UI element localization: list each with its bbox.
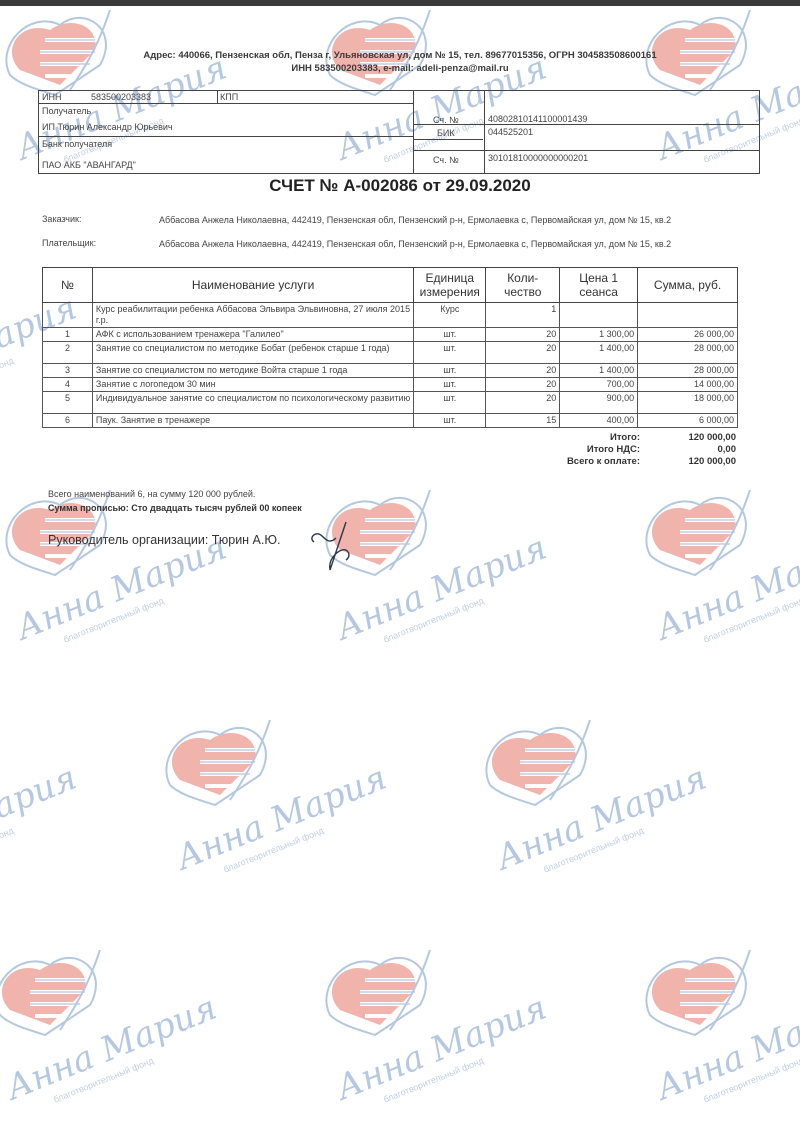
quantity: 20 [486,328,560,342]
table-row: 4Занятие с логопедом 30 миншт.20700,0014… [43,378,738,392]
quantity: 15 [486,414,560,428]
row-number: 5 [43,392,93,414]
customer: Заказчик: Аббасова Анжела Николаевна, 44… [42,214,762,240]
payer-value: Аббасова Анжела Николаевна, 442419, Пенз… [159,238,719,250]
service-name: Паук. Занятие в тренажере [92,414,413,428]
price: 1 400,00 [560,342,638,364]
service-name: Занятие с логопедом 30 мин [92,378,413,392]
seller-contacts: ИНН 583500203383, e-mail: adeli-penza@ma… [0,63,800,74]
service-name: Занятие со специалистом по методике Войт… [92,364,413,378]
signer-line: Руководитель организации: Тюрин А.Ю. [48,533,280,547]
payer: Плательщик: Аббасова Анжела Николаевна, … [42,238,762,264]
customer-label: Заказчик: [42,214,152,224]
row-number: 1 [43,328,93,342]
vat-label: Итого НДС: [500,444,650,456]
price: 1 400,00 [560,364,638,378]
row-number: 4 [43,378,93,392]
bank-label: Банк получателя [42,139,112,149]
unit: Курс [414,303,486,328]
sum [638,303,738,328]
col-service-name: Наименование услуги [92,268,413,303]
total-value: 120 000,00 [650,432,736,444]
invoice-document: Адрес: 440066, Пензенская обл, Пенза г, … [0,0,800,1130]
table-row: Курс реабилитации ребенка Аббасова Эльви… [43,303,738,328]
row-number: 2 [43,342,93,364]
recipient-value: ИП Тюрин Александр Юрьевич [42,122,173,132]
col-quantity: Коли-чество [486,268,560,303]
service-name: Курс реабилитации ребенка Аббасова Эльви… [92,303,413,328]
account-label: Сч. № [433,115,459,125]
corr-account-value: 30101810000000000201 [488,153,588,163]
seller-address: Адрес: 440066, Пензенская обл, Пенза г, … [0,50,800,61]
account-value: 40802810141100001439 [488,114,587,124]
bank-value: ПАО АКБ "АВАНГАРД" [42,160,136,170]
price: 1 300,00 [560,328,638,342]
amount-due-value: 120 000,00 [650,456,736,468]
price: 900,00 [560,392,638,414]
row-number: 3 [43,364,93,378]
total-label: Итого: [500,432,650,444]
table-row: 2Занятие со специалистом по методике Боб… [43,342,738,364]
corr-account-label: Сч. № [433,155,459,165]
row-number [43,303,93,328]
sum: 28 000,00 [638,364,738,378]
quantity: 20 [486,342,560,364]
items-summary: Всего наименований 6, на сумму 120 000 р… [48,489,255,499]
invoice-title: СЧЕТ № А-002086 от 29.09.2020 [0,176,800,196]
service-name: Занятие со специалистом по методике Боба… [92,342,413,364]
kpp-label: КПП [220,92,238,102]
col-number: № [43,268,93,303]
bik-label: БИК [437,128,455,138]
quantity: 20 [486,364,560,378]
table-row: 3Занятие со специалистом по методике Вой… [43,364,738,378]
service-name: АФК с использованием тренажера "Галилео" [92,328,413,342]
table-row: 6Паук. Занятие в тренажерешт.15400,006 0… [43,414,738,428]
sum: 14 000,00 [638,378,738,392]
quantity: 20 [486,392,560,414]
recipient-label: Получатель [42,106,91,116]
table-row: 5Индивидуальное занятие со специалистом … [43,392,738,414]
sum: 6 000,00 [638,414,738,428]
bik-value: 044525201 [488,127,533,137]
unit: шт. [414,392,486,414]
totals-block: Итого:120 000,00 Итого НДС:0,00 Всего к … [500,432,736,468]
unit: шт. [414,414,486,428]
services-table: № Наименование услуги Единица измерения … [42,267,738,428]
sum-in-words: Сумма прописью: Сто двадцать тысяч рубле… [48,503,302,513]
vat-value: 0,00 [650,444,736,456]
unit: шт. [414,364,486,378]
table-row: 1АФК с использованием тренажера "Галилео… [43,328,738,342]
table-header-row: № Наименование услуги Единица измерения … [43,268,738,303]
unit: шт. [414,342,486,364]
payer-label: Плательщик: [42,238,152,248]
service-name: Индивидуальное занятие со специалистом п… [92,392,413,414]
bank-details-box: ИНН 583500203383 КПП Получатель ИП Тюрин… [38,90,760,174]
sum: 28 000,00 [638,342,738,364]
sum: 26 000,00 [638,328,738,342]
customer-value: Аббасова Анжела Николаевна, 442419, Пенз… [159,214,719,226]
price: 700,00 [560,378,638,392]
col-unit: Единица измерения [414,268,486,303]
inn-value: 583500203383 [91,92,151,102]
col-price: Цена 1 сеанса [560,268,638,303]
inn-label: ИНН [42,92,61,102]
unit: шт. [414,328,486,342]
col-sum: Сумма, руб. [638,268,738,303]
signature-icon [306,520,366,575]
row-number: 6 [43,414,93,428]
quantity: 1 [486,303,560,328]
sum: 18 000,00 [638,392,738,414]
unit: шт. [414,378,486,392]
price [560,303,638,328]
amount-due-label: Всего к оплате: [500,456,650,468]
price: 400,00 [560,414,638,428]
quantity: 20 [486,378,560,392]
